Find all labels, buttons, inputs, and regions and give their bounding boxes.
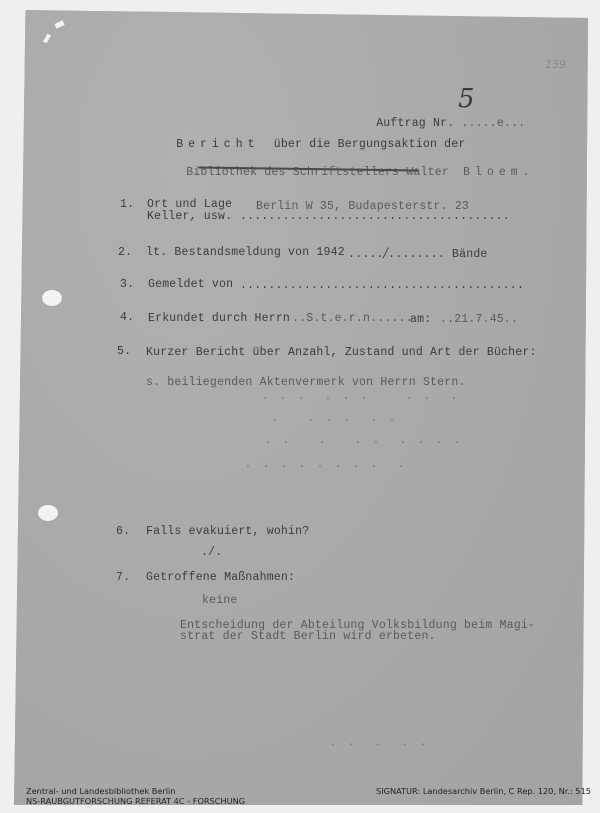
item-7-note-line2: strat der Stadt Berlin wird erbeten. (180, 630, 436, 643)
item-3-fill: ........................................ (240, 279, 524, 292)
library-owner: Bloem. (463, 166, 534, 179)
item-7-number: 7. (116, 571, 130, 584)
show-through-marks: · · · · · · · · · (262, 394, 460, 405)
item-1-number: 1. (120, 198, 134, 211)
item-5-value: s. beiliegenden Aktenvermerk von Herrn S… (146, 376, 466, 389)
item-1-label2: Keller, usw. (147, 210, 232, 223)
item-7-label: Getroffene Maßnahmen: (146, 571, 295, 584)
item-2-fill-after: ........ (388, 248, 445, 261)
punch-hole (38, 505, 58, 521)
item-6-number: 6. (116, 525, 130, 538)
item-4-date-value: ..21.7.45.. (440, 313, 518, 326)
item-3-number: 3. (120, 278, 134, 291)
item-4-value: ..S.t.e.r.n...... (292, 312, 413, 325)
show-through-marks: · · · · · · (272, 416, 398, 427)
item-7-value: keine (202, 594, 238, 607)
item-4-date-label: am: (410, 313, 431, 326)
item-4-number: 4. (120, 311, 134, 324)
footer-institution: Zentral- und Landesbibliothek Berlin (26, 786, 175, 796)
item-5-number: 5. (117, 345, 131, 358)
item-1-fill: ...................................... (240, 210, 510, 223)
item-2-label: lt. Bestandsmeldung von 1942 (146, 246, 345, 259)
show-through-marks: · · · · · (330, 740, 429, 751)
footer-department: NS-RAUBGUTFORSCHUNG REFERAT 4C - FORSCHU… (26, 796, 245, 806)
item-2-fill: ...../........ Bände (348, 246, 488, 261)
item-6-value: ./. (201, 546, 222, 559)
title-bericht: Bericht (176, 138, 259, 151)
auftrag-number: 5 (458, 84, 475, 114)
item-6-label: Falls evakuiert, wohin? (146, 525, 309, 538)
footer-signature: SIGNATUR: Landesarchiv Berlin, C Rep. 12… (376, 786, 591, 796)
archive-page-number: 139 (545, 58, 566, 71)
title-rest: über die Bergungsaktion der (274, 138, 466, 151)
auftrag-dots: .....e... (461, 117, 525, 130)
punch-hole (42, 290, 62, 306)
item-2-fill-before: ..... (348, 248, 384, 261)
footer-left: Zentral- und Landesbibliothek Berlin NS-… (26, 786, 245, 806)
item-2-suffix: Bände (452, 248, 488, 261)
item-5-label: Kurzer Bericht über Anzahl, Zustand und … (146, 346, 537, 359)
show-through-marks: · · · · · · · · · (245, 462, 407, 473)
item-4-label: Erkundet durch Herrn (148, 312, 290, 325)
show-through-marks: · · · · · · · · · (265, 438, 463, 449)
report-title: Bericht über die Bergungsaktion der (162, 125, 465, 151)
item-3-label: Gemeldet von (148, 278, 233, 291)
item-2-number: 2. (118, 246, 132, 259)
